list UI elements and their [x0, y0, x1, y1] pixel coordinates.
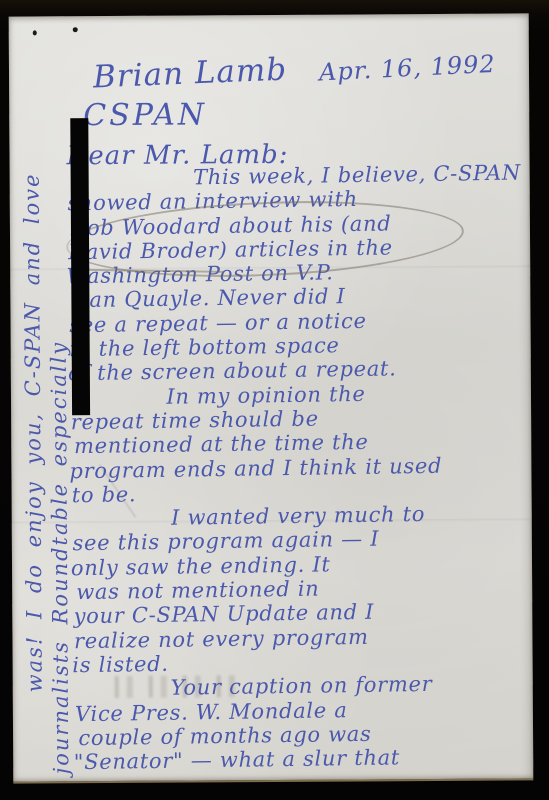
redaction-bar: [70, 118, 90, 415]
letter-page: Brian Lamb CSPAN Apr. 16, 1992 Dear Mr. …: [9, 13, 534, 783]
recipient-name: Brian Lamb: [92, 52, 287, 96]
letter-date: Apr. 16, 1992: [318, 50, 496, 87]
recipient-organization: CSPAN: [83, 97, 207, 133]
margin-note-line1: was! I do enjoy you, C-SPAN and love: [20, 172, 47, 692]
scan-background: Brian Lamb CSPAN Apr. 16, 1992 Dear Mr. …: [0, 0, 549, 800]
paper-speck: [33, 30, 37, 35]
paper-speck: [73, 27, 78, 32]
margin-note-line2: journalists Roundtable especially: [47, 341, 74, 775]
